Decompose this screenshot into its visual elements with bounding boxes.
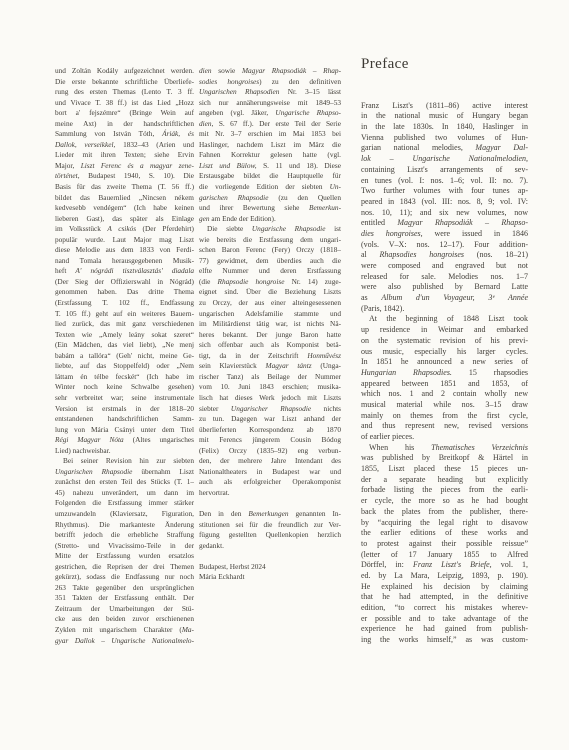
text-line: Franz Liszt's (1811–86) active interest — [361, 101, 528, 112]
text-line: He explained his decision by claiming — [361, 582, 528, 593]
text-line: dien sowie Magyar Rhapsodiák – Rhap- — [199, 66, 341, 77]
text-line: rischer Tanz) als Beilage der Nummer — [199, 372, 341, 383]
text-line: történet, Budapest 1940, S. 10). Die — [55, 171, 194, 182]
text-line: Dörffel, in: Franz Liszt's Briefe, vol. … — [361, 560, 528, 571]
text-line: den, der mehrere Jahre Intendant des — [199, 456, 341, 467]
text-line: Ungarischen Rhapsodien Nr. 3–15 lässt — [199, 87, 341, 98]
text-line: im Militärdienst tätig war, ist nichts N… — [199, 319, 341, 330]
text-line: siebter Ungarischer Rhapsodie nichts — [199, 404, 341, 415]
text-line: peared in 1843 (vol. III: nos. 8, 9; vol… — [361, 197, 528, 208]
text-line: Zyklen mit ungarischem Charakter (Ma- — [55, 625, 194, 636]
text-line: Texten wie „Amely leány sokat szeret“ — [55, 330, 194, 341]
text-line: Die erste bekannte schriftliche Überlief… — [55, 77, 194, 88]
text-line: garian national melodies, Magyar Dal- — [361, 143, 528, 154]
text-line: which nos. 1 and 2 contain wholly new — [361, 389, 528, 400]
text-line: Mitte der Erstfassung wurden ersatzlos — [55, 551, 194, 562]
text-line: by “acquiring the legal right to disavow — [361, 518, 528, 529]
column-german-1: und Zoltán Kodály aufgezeichnet werden.D… — [55, 66, 194, 646]
paragraph: und Zoltán Kodály aufgezeichnet werden.D… — [55, 66, 194, 456]
text-line: Vienna published two volumes of Hun- — [361, 133, 528, 144]
paragraph: Den in den Bemerkungen genannten In-stit… — [199, 509, 341, 551]
text-line: nand Tomala herausgegebenen Musik- — [55, 256, 194, 267]
text-line: der a separate heading but explicitly — [361, 475, 528, 486]
text-line: Fahnen Korrektur gelesen hatte (vgl. — [199, 150, 341, 161]
text-line: babám a tallóra“ (Geh' nicht, meine Ge- — [55, 351, 194, 362]
text-line: musical material while nos. 3–15 draw — [361, 400, 528, 411]
text-line: Basis für das zweite Thema (T. 56 ff.) — [55, 182, 194, 193]
text-line: Nationaltheaters in Budapest war und — [199, 467, 341, 478]
text-line: gyar Dallok – Ungarische Nationalmelo- — [55, 636, 194, 647]
text-line: zu Orczy, der aus einer alteingesessenen — [199, 298, 341, 309]
text-line: überlieferten Korrespondenz ab 1870 — [199, 425, 341, 436]
text-line: stitutionen sei für die freundlich zur V… — [199, 520, 341, 531]
text-line: (Paris, 1842). — [361, 304, 528, 315]
text-line: und Vivace T. 38 ff.) ist das Lied „Hozz — [55, 98, 194, 109]
text-line: were also published by Bernard Latte — [361, 282, 528, 293]
paragraph: dien sowie Magyar Rhapsodiák – Rhap-sodi… — [199, 66, 341, 224]
text-line: er possible and to take advantage of the — [361, 614, 528, 625]
text-line: Erstausgabe bildet die Hauptquelle für — [199, 171, 341, 182]
text-line: Version ist erstmals in der 1818–20 — [55, 404, 194, 415]
text-line: umzuwandeln (Klaviersatz, Figuration, — [55, 509, 194, 520]
text-line: gestrichen, die Reprisen der drei Themen — [55, 562, 194, 573]
text-line: eignet sind. Über die Beziehung Liszts — [199, 287, 341, 298]
text-line: (die Rhapsodie hongroise Nr. 14) zuge- — [199, 277, 341, 288]
text-line: Régi Magyar Nóta (Altes ungarisches — [55, 435, 194, 446]
text-line: sich nur annäherungsweise mit 1849–53 — [199, 98, 341, 109]
column-english: Preface Franz Liszt's (1811–86) active i… — [361, 59, 528, 646]
text-line: sehr verbreitet war; seine instrumentale — [55, 393, 194, 404]
column-german-2: dien sowie Magyar Rhapsodiák – Rhap-sodi… — [199, 66, 341, 583]
text-line: to protest against their possible reissu… — [361, 539, 528, 550]
text-line: nos. 10, 11); and six new volumes, now — [361, 208, 528, 219]
text-line: entstandenen handschriftlichen Samm- — [55, 414, 194, 425]
text-line: schen Baron Ferenc (Fery) Orczy (1818– — [199, 245, 341, 256]
text-line: Liszt und Bülow, S. 11 und 18). Diese — [199, 161, 341, 172]
text-line: lok – Ungarische Nationalmelodien, — [361, 154, 528, 165]
paragraph: Bei seiner Revision hin zur siebtenUngar… — [55, 456, 194, 646]
text-line: back the plates from the publisher, ther… — [361, 507, 528, 518]
text-line: Folgenden die Erstfassung immer stärker — [55, 498, 194, 509]
text-line: (letter of 17 January 1855 to Alfred — [361, 550, 528, 561]
text-line: mit Nr. 3–7 erschien im Mai 1853 bei — [199, 129, 341, 140]
text-line: angeben (vgl. Jäker, Ungarische Rhapso- — [199, 108, 341, 119]
text-line: Den in den Bemerkungen genannten In- — [199, 509, 341, 520]
text-line: Winter noch keine Schwalbe gesehen) — [55, 382, 194, 393]
text-line: gekürzt), sodass die Endfassung nur noch — [55, 572, 194, 583]
text-line: of earlier pieces. — [361, 432, 528, 443]
text-line: rung des ersten Themas (Lento T. 3 ff. — [55, 87, 194, 98]
text-line: (Felix) Orczy (1835–92) eng verbun- — [199, 446, 341, 457]
text-line: 45) nahezu unverändert, um dann im — [55, 488, 194, 499]
text-line: hervortrat. — [199, 488, 341, 499]
text-line: Mária Eckhardt — [199, 572, 341, 583]
text-line: dies hongroises, were issued in 1846 — [361, 229, 528, 240]
text-line: die vorliegende Edition der siebten Un- — [199, 182, 341, 193]
text-line: en tunes (vol. I: nos. 1–6; vol. II: no.… — [361, 176, 528, 187]
text-line: Major, Liszt Ferenc és a magyar zene- — [55, 161, 194, 172]
text-line: Die siebte Ungarische Rhapsodie ist — [199, 224, 341, 235]
text-line: er cycle, the more so as he had bought — [361, 496, 528, 507]
text-line: in the late 1830s. In 1840, Haslinger in — [361, 122, 528, 133]
text-line: cke aus den beiden zuvor erschienenen — [55, 614, 194, 625]
text-line: zu tun. Dagegen war Liszt anhand der — [199, 414, 341, 425]
text-line: on the systematic revision of his previ- — [361, 336, 528, 347]
paragraph: Franz Liszt's (1811–86) active interesti… — [361, 101, 528, 315]
text-line: dien, S. 67 ff.). Der erste Teil der Ser… — [199, 119, 341, 130]
text-line: betrifft jedoch die erhebliche Straffung — [55, 530, 194, 541]
paragraph: When his Thematisches Verzeichniswas pub… — [361, 443, 528, 646]
text-line: und ihrer Bewertung siehe Bemerkun- — [199, 203, 341, 214]
text-line: wie bereits die Erstfassung dem ungari- — [199, 235, 341, 246]
text-line: Haslinger, nachdem Liszt im März die — [199, 140, 341, 151]
text-line: Budapest, Herbst 2024 — [199, 562, 341, 573]
text-line: im Volksstück A csikós (Der Pferdehirt) — [55, 224, 194, 235]
text-line: al Rhapsodies hongroises (nos. 18–21) — [361, 250, 528, 261]
text-line: containing Liszt's arrangements of sev- — [361, 165, 528, 176]
text-line: sich offenbar auch als Komponist betä- — [199, 340, 341, 351]
text-line: mit Ferencs jüngerem Cousin Bódog — [199, 435, 341, 446]
text-line: liebte, auf das Stoppelfeld) oder „Nem — [55, 361, 194, 372]
text-line: Dallok, verseikkel, 1832–43 (Arien und — [55, 140, 194, 151]
text-line: ing the works himself,” as was custom- — [361, 635, 528, 646]
english-preface-body: Franz Liszt's (1811–86) active interesti… — [361, 101, 528, 646]
text-line: und Zoltán Kodály aufgezeichnet werden. — [55, 66, 194, 77]
text-line: as Album d'un Voyageur, 3ᵉ Année — [361, 293, 528, 304]
text-line: genommen haben. Das dritte Thema — [55, 287, 194, 298]
text-line: At the beginning of 1848 Liszt took — [361, 314, 528, 325]
text-line: forbade listing the pieces from the earl… — [361, 485, 528, 496]
paragraph: Budapest, Herbst 2024Mária Eckhardt — [199, 562, 341, 583]
text-line: Two further volumes with four tunes ap- — [361, 186, 528, 197]
text-line: ed. by La Mara, Leipzig, 1893, p. 190). — [361, 571, 528, 582]
text-line: vom 10. Juni 1843 erschien; musika- — [199, 382, 341, 393]
text-line: bildet das Bauernlied „Nincsen nékem — [55, 193, 194, 204]
text-line: appeared between 1851 and 1853, of — [361, 379, 528, 390]
text-line: tigt, da in der Zeitschrift Honművész — [199, 351, 341, 362]
text-line: zunächst den ersten Teil des Stücks (T. … — [55, 477, 194, 488]
text-line: (Stretto- und Vivacissimo-Teile in der — [55, 541, 194, 552]
text-line: entitled Magyar Rhapsodiák – Rhapso- — [361, 218, 528, 229]
text-line: mainly on themes from the first cycle, — [361, 411, 528, 422]
text-line: lisch hat dieses Werk jedoch mit Liszts — [199, 393, 341, 404]
text-line: fügung gestellten Quellenkopien herzlich — [199, 530, 341, 541]
text-line: the earlier editions of these works and — [361, 528, 528, 539]
paragraph: Die siebte Ungarische Rhapsodie istwie b… — [199, 224, 341, 498]
text-line: was published by Breitkopf & Härtel in — [361, 453, 528, 464]
text-line: Lieder mit ihren Texten; siehe Ervin — [55, 150, 194, 161]
book-page: und Zoltán Kodály aufgezeichnet werden.D… — [0, 0, 569, 750]
text-line: in the national music of Hungary began — [361, 111, 528, 122]
text-line: 351 Takten der Erstfassung enthält. Der — [55, 593, 194, 604]
text-line: Rhythmus). Die markanteste Änderung — [55, 520, 194, 531]
text-line: ungarischen Adelsfamilie stammte und — [199, 309, 341, 320]
text-line: were composed and engraved but not — [361, 261, 528, 272]
text-line: gedankt. — [199, 541, 341, 552]
text-line: 263 Takte gegenüber den ursprünglichen — [55, 583, 194, 594]
paragraph: At the beginning of 1848 Liszt tookup re… — [361, 314, 528, 442]
text-line: (Ein Mädchen, das viel liebt), „Ne menj — [55, 340, 194, 351]
text-line: gen am Ende der Edition). — [199, 214, 341, 225]
text-line: sodies hongroises) zu den definitiven — [199, 77, 341, 88]
text-line: auch als erfolgreicher Operakomponist — [199, 477, 341, 488]
text-line: sein Klavierstück Magyar tántz (Unga- — [199, 361, 341, 372]
text-line: (vols. V–X: nos. 12–17). Four addition- — [361, 240, 528, 251]
text-line: láttam én télbe fecskét“ (Ich habe im — [55, 372, 194, 383]
text-line: ous music, especially his larger cycles. — [361, 347, 528, 358]
text-line: populär wurde. Laut Major mag Liszt — [55, 235, 194, 246]
text-line: diese Melodie aus dem 1833 von Ferdi- — [55, 245, 194, 256]
text-line: lied zurück, das mit ganz verschiedenen — [55, 319, 194, 330]
text-line: meine Axt) in der handschriftlichen — [55, 119, 194, 130]
text-line: edition, “to correct his mistakes wherev… — [361, 603, 528, 614]
text-line: (Erstfassung T. 102 ff., Endfassung — [55, 298, 194, 309]
text-line: When his Thematisches Verzeichnis — [361, 443, 528, 454]
text-line: T. 105 ff.) geht auf ein weiteres Bauern… — [55, 309, 194, 320]
preface-heading: Preface — [361, 59, 528, 70]
text-line: and thus represent new, revised versions — [361, 421, 528, 432]
text-line: lung von Mária Csányi unter dem Titel — [55, 425, 194, 436]
text-line: garischen Rhapsodie (zu den Quellen — [199, 193, 341, 204]
text-line: bort a' fejszémre“ (Bringe Wein auf — [55, 108, 194, 119]
text-line: Lied) nachweisbar. — [55, 446, 194, 457]
text-line: released for sale. Melodies nos. 1–7 — [361, 272, 528, 283]
text-line: Ungarischen Rhapsodie übernahm Liszt — [55, 467, 194, 478]
text-line: that he had attempted, in the definitive — [361, 592, 528, 603]
text-line: 77) gewidmet, dem überdies auch die — [199, 256, 341, 267]
text-line: Sammlung von István Tóth, Áriák, és — [55, 129, 194, 140]
text-line: Zeitraum der Umarbeitungen der Stü- — [55, 604, 194, 615]
text-line: experience he had gained from publish- — [361, 624, 528, 635]
text-line: heres bekannt. Der junge Baron hatte — [199, 330, 341, 341]
text-line: elfte Nummer und deren Erstfassung — [199, 266, 341, 277]
text-line: heft A' nógrádi tisztválasztás' diadala — [55, 266, 194, 277]
text-line: kedvesebb vendégem“ (Ich habe keinen — [55, 203, 194, 214]
text-line: lieberen Gast), das später als Einlage — [55, 214, 194, 225]
text-line: (Der Sieg der Offizierswahl in Nógrád) — [55, 277, 194, 288]
text-line: In 1851 he announced a new series of — [361, 357, 528, 368]
text-line: Bei seiner Revision hin zur siebten — [55, 456, 194, 467]
text-line: Hungarian Rhapsodies. 15 rhapsodies — [361, 368, 528, 379]
text-line: 1855, Liszt placed these 15 pieces un- — [361, 464, 528, 475]
text-line: up residence in Weimar and embarked — [361, 325, 528, 336]
